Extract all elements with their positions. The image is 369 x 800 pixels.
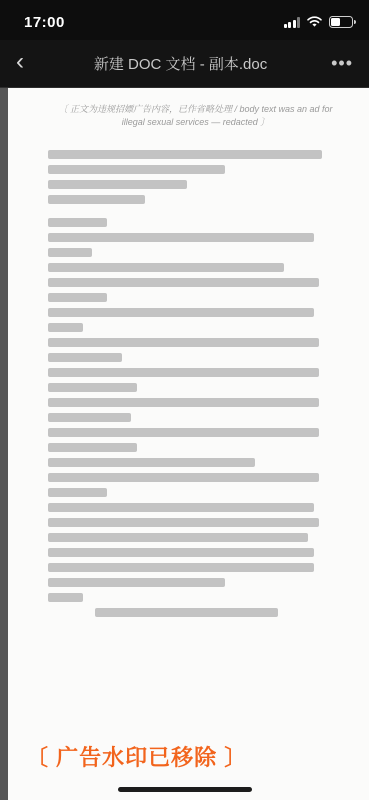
watermark-overlay: 〔 广告水印已移除 〕 (26, 741, 247, 772)
redacted-text-line (48, 443, 137, 452)
redacted-text-line (48, 338, 319, 347)
redacted-text-line (48, 293, 107, 302)
status-icons (284, 16, 354, 28)
redaction-note: 〔 正文为违规招嫖广告内容，已作省略处理 / body text was an … (48, 102, 343, 128)
redacted-text-line (48, 548, 314, 557)
redacted-text-line (48, 398, 319, 407)
redacted-text-line (48, 263, 284, 272)
redacted-text-line (48, 413, 131, 422)
redacted-text-line (48, 278, 319, 287)
battery-icon (329, 16, 353, 28)
redacted-text-line (48, 248, 92, 257)
redacted-text-line (48, 165, 225, 174)
redacted-text-line (48, 488, 107, 497)
redacted-text-line (48, 428, 319, 437)
status-bar: 17:00 (0, 0, 369, 40)
redacted-text-line (48, 458, 255, 467)
redacted-text-line (95, 608, 278, 617)
document-title: 新建 DOC 文档 - 副本.doc (32, 53, 329, 74)
document-viewport[interactable]: 〔 正文为违规招嫖广告内容，已作省略处理 / body text was an … (0, 88, 369, 800)
redacted-text-line (48, 578, 225, 587)
redacted-text-line (48, 473, 319, 482)
title-bar: ‹ 新建 DOC 文档 - 副本.doc ••• (0, 40, 369, 88)
wifi-icon (306, 16, 323, 28)
status-time: 17:00 (24, 14, 65, 31)
redacted-text-line (48, 218, 107, 227)
redacted-text-line (48, 383, 137, 392)
redacted-text-line (48, 233, 314, 242)
redacted-text-line (48, 195, 145, 204)
redacted-text-line (48, 368, 319, 377)
redacted-text-line (48, 563, 314, 572)
redacted-text-line (48, 503, 314, 512)
redacted-text-line (48, 593, 83, 602)
redacted-text-line (48, 533, 308, 542)
back-icon[interactable]: ‹ (14, 46, 32, 82)
home-indicator-bar[interactable] (118, 787, 252, 792)
cellular-signal-icon (284, 17, 301, 28)
redacted-text-line (48, 518, 319, 527)
phone-screen: 17:00 ‹ 新建 DOC 文档 - 副本.doc ••• 〔 正文为违规招嫖… (0, 0, 369, 800)
redacted-lines (48, 150, 343, 617)
redacted-text-line (48, 180, 187, 189)
redacted-text-line (48, 150, 322, 159)
document-page: 〔 正文为违规招嫖广告内容，已作省略处理 / body text was an … (8, 88, 369, 800)
redacted-text-line (48, 323, 83, 332)
redacted-text-line (48, 308, 314, 317)
redacted-text-line (48, 353, 122, 362)
more-options-icon[interactable]: ••• (329, 49, 355, 78)
